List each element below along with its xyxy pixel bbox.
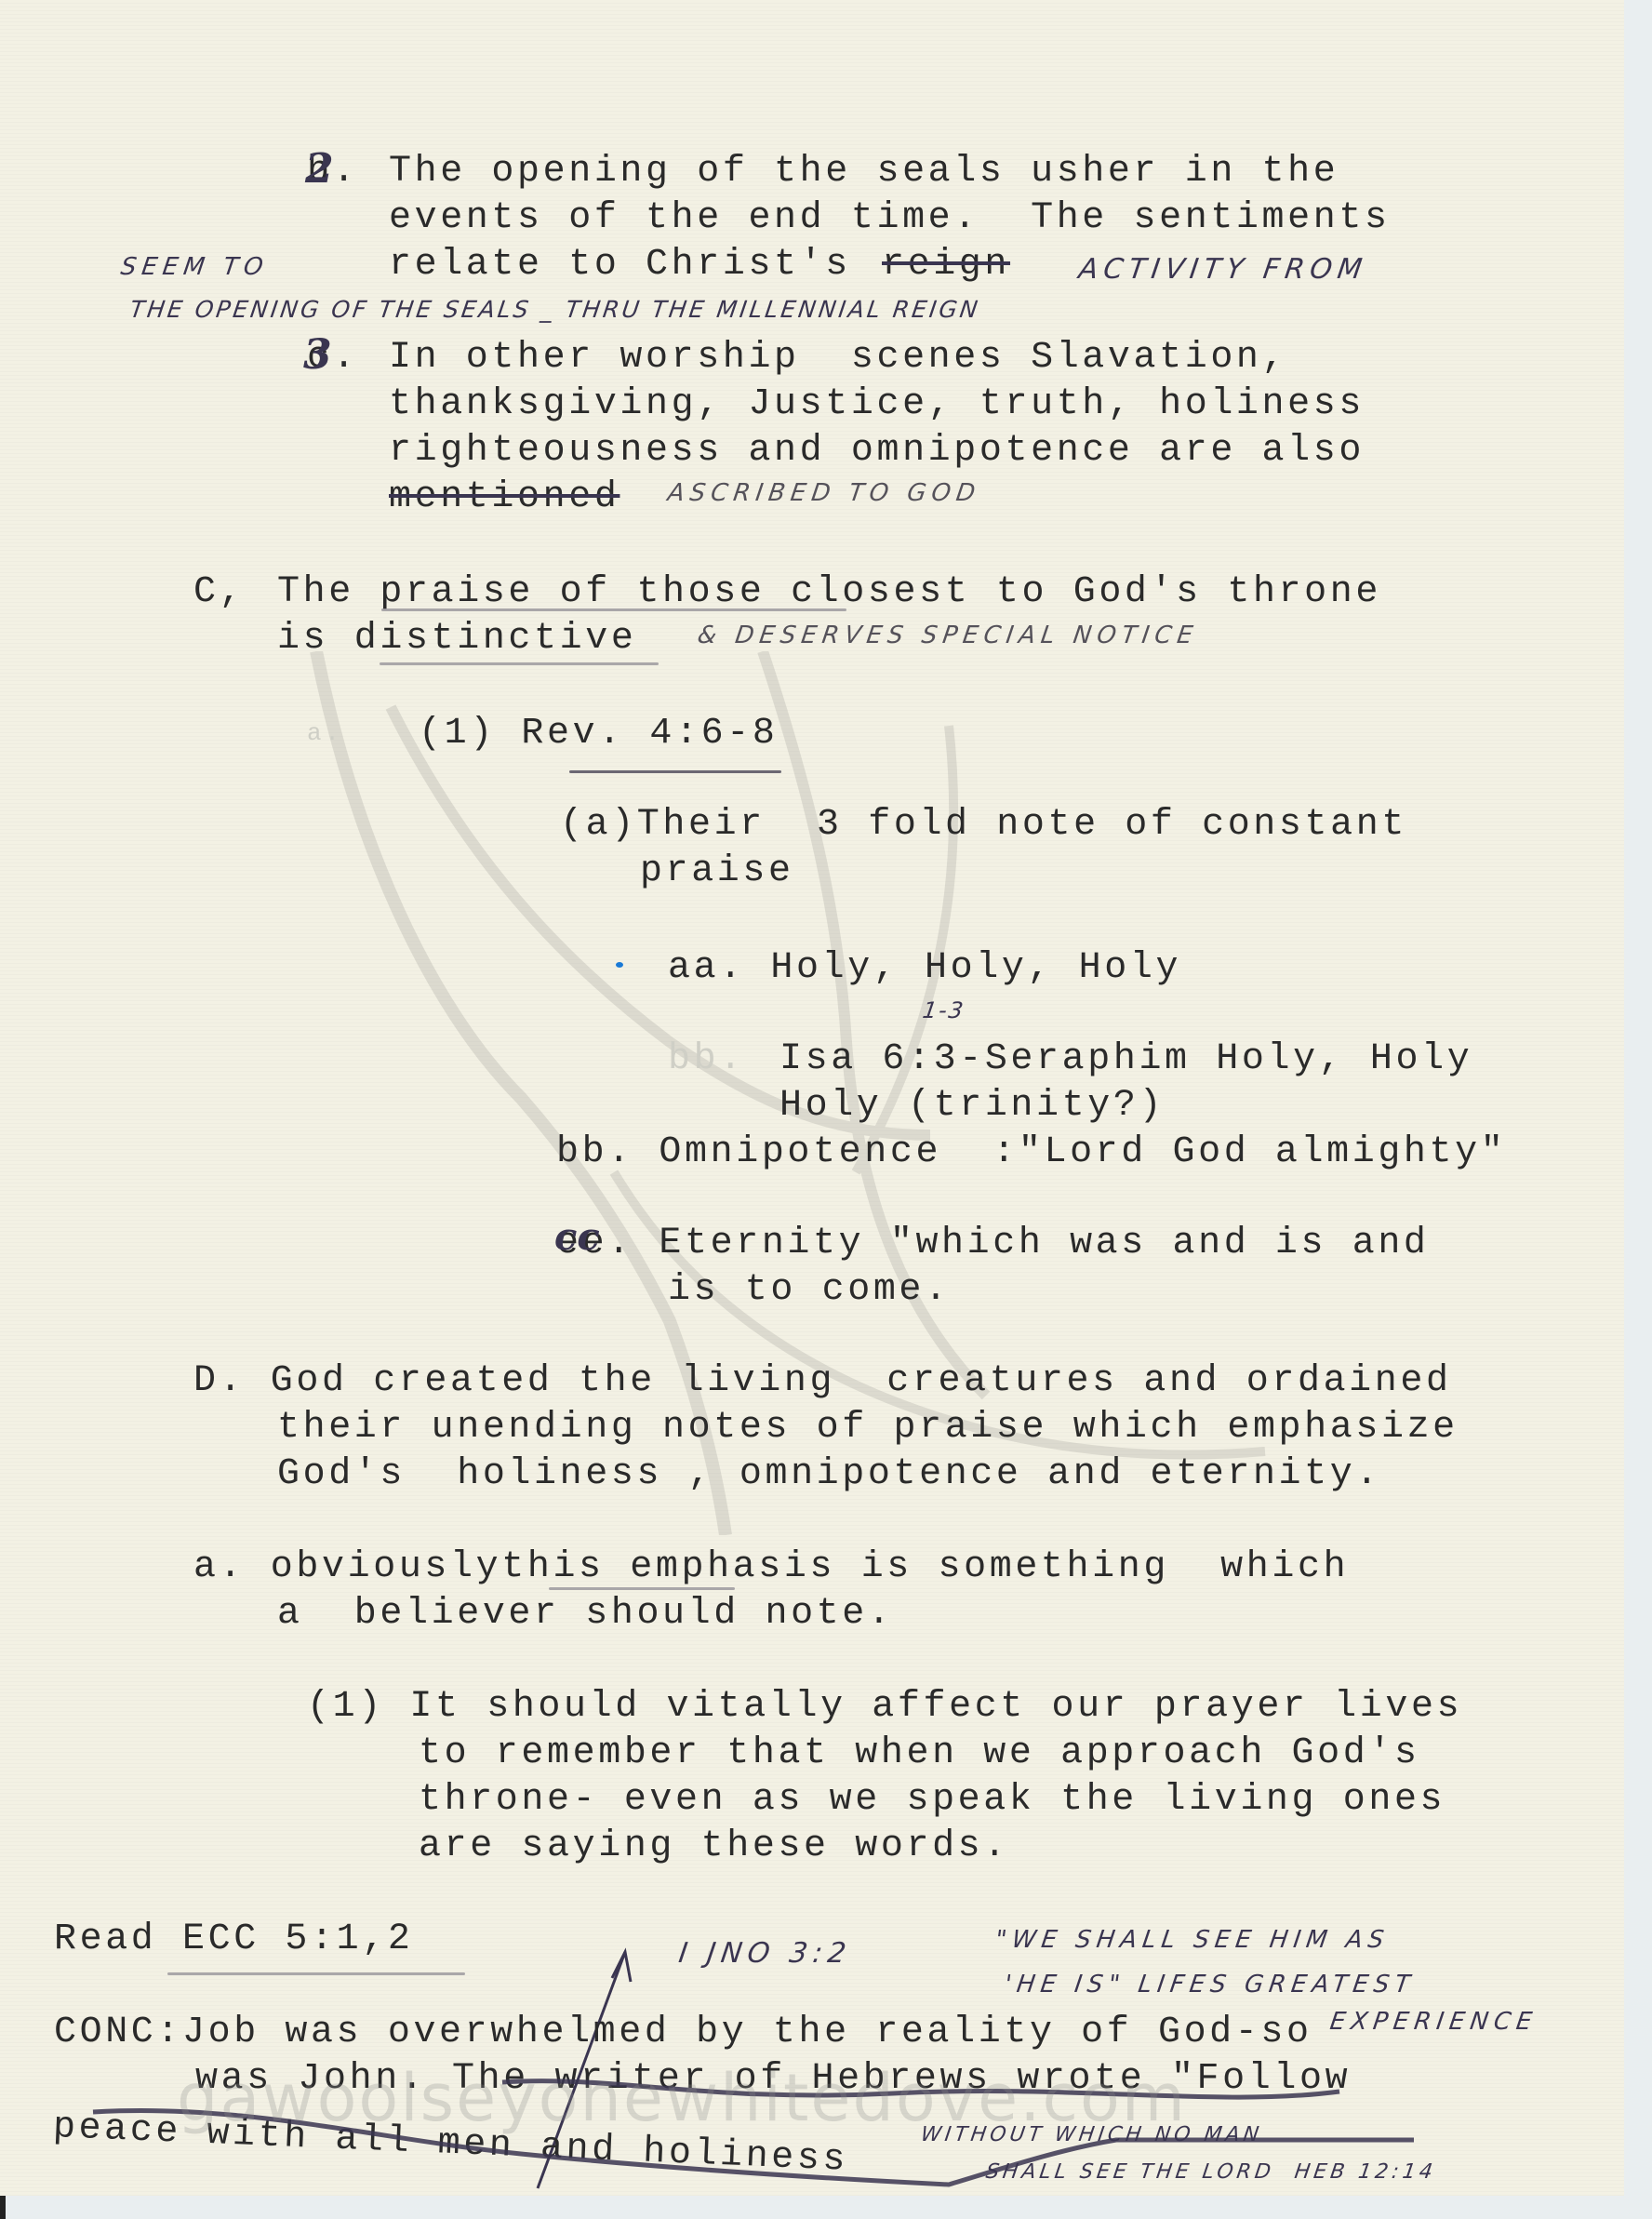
isa-verse-note: 1-3	[921, 997, 966, 1023]
underline	[549, 1587, 735, 1590]
section-d-line-3: God's holiness , omnipotence and eternit…	[277, 1451, 1381, 1497]
item-3-struck-word: mentioned	[389, 475, 619, 520]
cc-line-2: is to come.	[668, 1267, 951, 1313]
item-2-line-2: events of the end time. The sentiments	[389, 195, 1391, 241]
item-3-line-3: righteousness and omnipotence are also	[389, 428, 1365, 474]
john-quote-line-1: "WE SHALL SEE HIM AS	[993, 1926, 1391, 1954]
cc-line-1: ee. Eternity "which was and is and	[556, 1221, 1430, 1266]
scan-edge-mark	[0, 2196, 6, 2219]
item-2-line-3: relate to Christ's	[389, 242, 876, 287]
section-d-a-line-2: a believer should note.	[277, 1591, 894, 1637]
prayer-line-4: are saying these words.	[419, 1824, 1009, 1869]
threefold-line-2: praise	[640, 849, 794, 894]
aa-holy: aa. Holy, Holy, Holy	[668, 945, 1181, 991]
john-quote-line-3: EXPERIENCE	[1328, 2008, 1539, 2036]
site-watermark: gawoolseyonewhitedove.com	[177, 2060, 1187, 2136]
john-reference-note: I JNO 3:2	[677, 1937, 854, 1970]
item-2-insert-note-1: ACTIVITY FROM	[1077, 253, 1370, 286]
threefold-line-1: (a)Their 3 fold note of constant	[560, 802, 1407, 848]
scan-margin-right	[1624, 0, 1652, 2219]
section-d-a-line-1: a. obviouslythis emphasis is something w…	[193, 1544, 1349, 1590]
isa-line-2: Holy (trinity?)	[779, 1083, 1165, 1129]
section-d-line-2: their unending notes of praise which emp…	[277, 1405, 1459, 1450]
underline	[167, 1972, 465, 1975]
section-d-line-1: D. God created the living creatures and …	[193, 1358, 1452, 1404]
isa-line-1: Isa 6:3-Seraphim Holy, Holy	[779, 1036, 1472, 1082]
john-quote-line-2: 'HE IS" LIFES GREATEST	[1003, 1971, 1418, 1998]
underline	[569, 770, 781, 773]
conclusion-line-1: CONC:Job was overwhelmed by the reality …	[54, 2010, 1312, 2055]
prayer-line-2: to remember that when we approach God's	[419, 1731, 1420, 1776]
item-2-struck-word: reign	[882, 242, 1010, 287]
item-3-insert-note: ASCRIBED TO GOD	[666, 479, 982, 507]
item-3-line-2: thanksgiving, Justice, truth, holiness	[389, 381, 1365, 427]
item-3-marker-handwritten: 3	[303, 331, 332, 379]
item-3-line-1: In other worship scenes Slavation,	[389, 335, 1287, 381]
section-c-faint-marker: a.	[307, 711, 342, 756]
read-reference: Read ECC 5:1,2	[54, 1917, 413, 1962]
item-2-margin-note: SEEM TO	[119, 253, 271, 281]
scan-margin-bottom	[0, 2196, 1652, 2219]
bb-faint-marker: bb.	[668, 1036, 745, 1082]
item-2-insert-note-2: THE OPENING OF THE SEALS _ THRU THE MILL…	[128, 296, 982, 323]
underline	[380, 662, 659, 665]
underline	[381, 608, 846, 611]
cc-marker-handwritten: cc	[554, 1215, 600, 1259]
hebrews-note-line-2: SHALL SEE THE LORD HEB 12:14	[984, 2160, 1437, 2184]
section-c-line-2: is distinctive	[277, 616, 636, 662]
blue-pen-dot	[616, 962, 623, 968]
rev-reference: (1) Rev. 4:6-8	[419, 711, 778, 756]
section-c-marker: C,	[193, 569, 245, 615]
item-2-marker-handwritten: 2	[305, 145, 334, 193]
section-c-insert-note: & DESERVES SPECIAL NOTICE	[696, 622, 1200, 649]
prayer-line-3: throne- even as we speak the living ones	[419, 1777, 1445, 1823]
bb-omnipotence: bb. Omnipotence :"Lord God almighty"	[556, 1130, 1506, 1175]
item-2-line-1: The opening of the seals usher in the	[389, 149, 1339, 194]
prayer-line-1: (1) It should vitally affect our prayer …	[307, 1684, 1462, 1730]
